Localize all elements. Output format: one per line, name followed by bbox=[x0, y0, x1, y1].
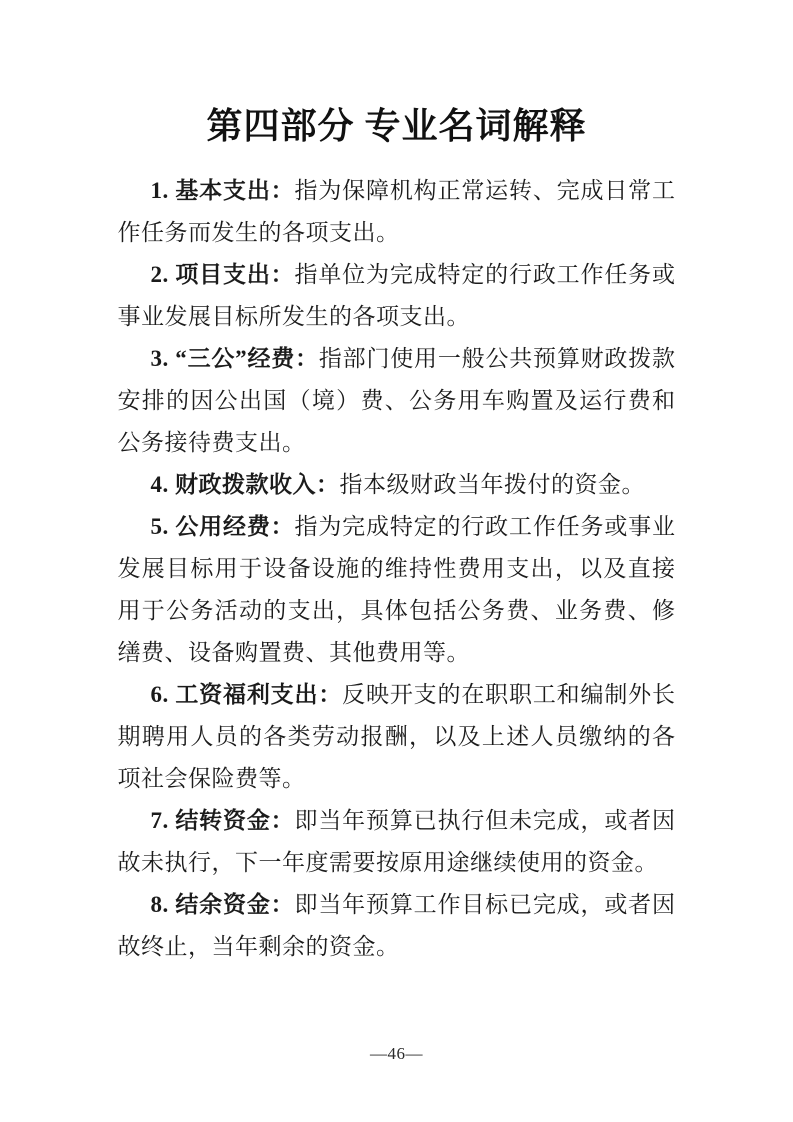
term-label: 4. 财政拨款收入： bbox=[151, 472, 340, 497]
definition-paragraph: 7. 结转资金：即当年预算已执行但未完成，或者因故未执行，下一年度需要按原用途继… bbox=[118, 800, 676, 884]
definition-paragraph: 6. 工资福利支出：反映开支的在职职工和编制外长期聘用人员的各类劳动报酬，以及上… bbox=[118, 674, 676, 800]
definition-text: 指本级财政当年拨付的资金。 bbox=[340, 472, 646, 497]
definition-paragraph: 3. “三公”经费：指部门使用一般公共预算财政拨款安排的因公出国（境）费、公务用… bbox=[118, 338, 676, 464]
page-title: 第四部分 专业名词解释 bbox=[0, 0, 793, 148]
definition-paragraph: 1. 基本支出：指为保障机构正常运转、完成日常工作任务而发生的各项支出。 bbox=[118, 170, 676, 254]
definition-paragraph: 8. 结余资金：即当年预算工作目标已完成，或者因故终止，当年剩余的资金。 bbox=[118, 884, 676, 968]
term-label: 7. 结转资金： bbox=[151, 808, 295, 833]
document-body: 1. 基本支出：指为保障机构正常运转、完成日常工作任务而发生的各项支出。 2. … bbox=[118, 170, 676, 968]
document-page: 第四部分 专业名词解释 1. 基本支出：指为保障机构正常运转、完成日常工作任务而… bbox=[0, 0, 793, 1122]
term-label: 6. 工资福利支出： bbox=[151, 682, 343, 707]
page-number: —46— bbox=[0, 1044, 793, 1064]
term-label: 5. 公用经费： bbox=[151, 514, 295, 539]
term-label: 3. “三公”经费： bbox=[151, 346, 319, 371]
definition-paragraph: 2. 项目支出：指单位为完成特定的行政工作任务或事业发展目标所发生的各项支出。 bbox=[118, 254, 676, 338]
term-label: 8. 结余资金： bbox=[151, 892, 295, 917]
term-label: 2. 项目支出： bbox=[151, 262, 295, 287]
definition-paragraph: 4. 财政拨款收入：指本级财政当年拨付的资金。 bbox=[118, 464, 676, 506]
definition-paragraph: 5. 公用经费：指为完成特定的行政工作任务或事业发展目标用于设备设施的维持性费用… bbox=[118, 506, 676, 674]
term-label: 1. 基本支出： bbox=[151, 178, 295, 203]
